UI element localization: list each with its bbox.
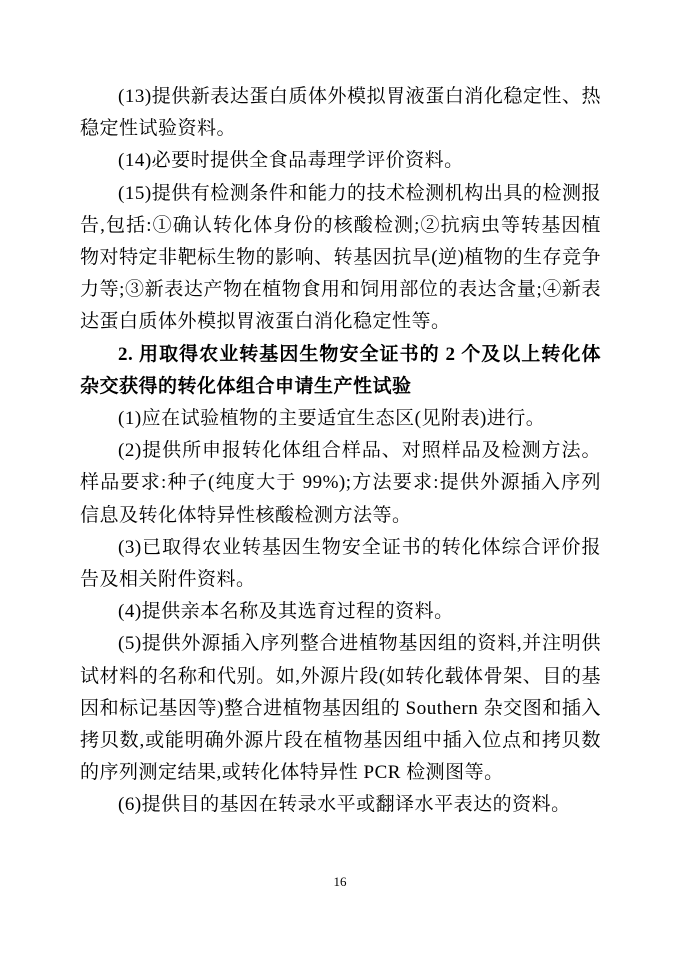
paragraph-item-5: (5)提供外源插入序列整合进植物基因组的资料,并注明供试材料的名称和代别。如,外…	[80, 628, 601, 789]
paragraph-item-15: (15)提供有检测条件和能力的技术检测机构出具的检测报告,包括:①确认转化体身份…	[80, 178, 601, 339]
paragraph-item-14: (14)必要时提供全食品毒理学评价资料。	[80, 145, 601, 177]
paragraph-item-13: (13)提供新表达蛋白质体外模拟胃液蛋白消化稳定性、热稳定性试验资料。	[80, 81, 601, 145]
paragraph-item-3: (3)已取得农业转基因生物安全证书的转化体综合评价报告及相关附件资料。	[80, 532, 601, 596]
document-body: (13)提供新表达蛋白质体外模拟胃液蛋白消化稳定性、热稳定性试验资料。 (14)…	[80, 81, 601, 822]
paragraph-item-4: (4)提供亲本名称及其选育过程的资料。	[80, 596, 601, 628]
section-heading-2: 2. 用取得农业转基因生物安全证书的 2 个及以上转化体杂交获得的转化体组合申请…	[80, 339, 601, 403]
page-number: 16	[0, 874, 680, 890]
paragraph-item-6: (6)提供目的基因在转录水平或翻译水平表达的资料。	[80, 789, 601, 821]
paragraph-item-2: (2)提供所申报转化体组合样品、对照样品及检测方法。样品要求:种子(纯度大于 9…	[80, 435, 601, 532]
paragraph-item-1: (1)应在试验植物的主要适宜生态区(见附表)进行。	[80, 403, 601, 435]
document-page: (13)提供新表达蛋白质体外模拟胃液蛋白消化稳定性、热稳定性试验资料。 (14)…	[0, 0, 680, 961]
